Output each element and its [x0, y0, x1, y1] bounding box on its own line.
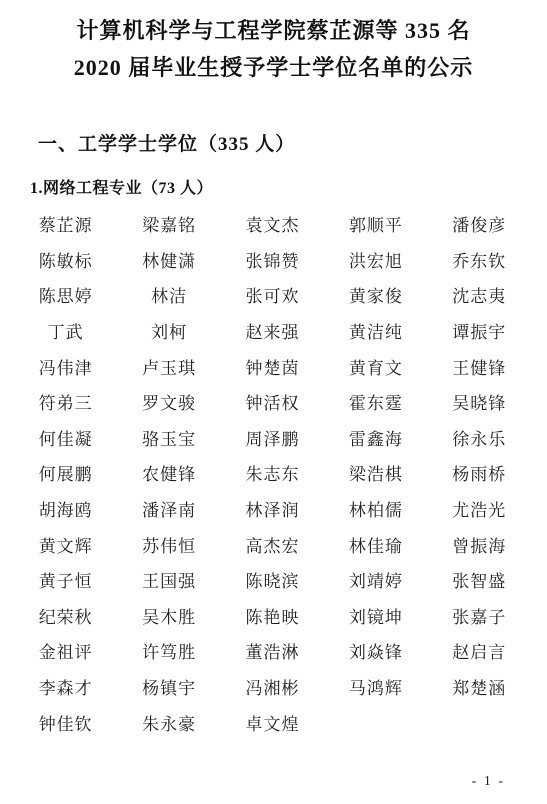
graduate-name: 沈志夷 — [428, 277, 531, 313]
graduate-name: 何展鹏 — [14, 455, 117, 491]
section-heading-engineering-degree: 一、工学学士学位（335 人） — [38, 132, 547, 158]
graduate-name: 陈思婷 — [14, 277, 117, 313]
graduate-name: 王健锋 — [428, 348, 531, 384]
graduate-name: 陈艳映 — [221, 598, 324, 634]
graduate-name: 赵启言 — [428, 633, 531, 669]
graduate-name: 黄育文 — [324, 348, 427, 384]
document-title: 计算机科学与工程学院蔡芷源等 335 名 2020 届毕业生授予学士学位名单的公… — [0, 0, 547, 86]
graduate-name: 徐永乐 — [428, 420, 531, 456]
graduate-name: 张智盛 — [428, 562, 531, 598]
graduate-name: 刘焱锋 — [324, 633, 427, 669]
graduate-name: 郭顺平 — [324, 206, 427, 242]
graduate-name: 高杰宏 — [221, 526, 324, 562]
graduate-name: 黄家俊 — [324, 277, 427, 313]
graduate-name: 霍东霆 — [324, 384, 427, 420]
graduate-name: 周泽鹏 — [221, 420, 324, 456]
graduate-name: 陈敏标 — [14, 242, 117, 278]
graduate-name: 钟楚茵 — [221, 348, 324, 384]
graduate-name: 纪荣秋 — [14, 598, 117, 634]
graduate-name: 钟活权 — [221, 384, 324, 420]
graduate-name: 杨雨桥 — [428, 455, 531, 491]
graduate-name: 冯伟津 — [14, 348, 117, 384]
graduate-name: 黄文辉 — [14, 526, 117, 562]
page-number: - 1 - — [472, 774, 505, 790]
graduate-name: 尤浩光 — [428, 491, 531, 527]
graduate-name: 雷鑫海 — [324, 420, 427, 456]
graduate-name: 林泽润 — [221, 491, 324, 527]
graduate-name: 潘俊彦 — [428, 206, 531, 242]
graduate-name: 丁武 — [14, 313, 117, 349]
graduate-name: 乔东钦 — [428, 242, 531, 278]
graduate-name: 陈晓滨 — [221, 562, 324, 598]
graduate-name: 郑楚涵 — [428, 669, 531, 705]
graduate-name: 何佳凝 — [14, 420, 117, 456]
graduate-name: 黄洁纯 — [324, 313, 427, 349]
graduate-name: 杨镇宇 — [117, 669, 220, 705]
graduate-name: 洪宏旭 — [324, 242, 427, 278]
graduate-name: 罗文骏 — [117, 384, 220, 420]
graduate-name: 袁文杰 — [221, 206, 324, 242]
graduate-name: 梁嘉铭 — [117, 206, 220, 242]
graduate-name: 吴晓锋 — [428, 384, 531, 420]
document-page: 计算机科学与工程学院蔡芷源等 335 名 2020 届毕业生授予学士学位名单的公… — [0, 0, 547, 804]
graduate-name: 刘柯 — [117, 313, 220, 349]
graduate-name: 曾振海 — [428, 526, 531, 562]
graduate-name: 蔡芷源 — [14, 206, 117, 242]
graduate-name: 李森才 — [14, 669, 117, 705]
graduate-name: 林洁 — [117, 277, 220, 313]
graduate-name: 黄子恒 — [14, 562, 117, 598]
graduate-name: 马鸿辉 — [324, 669, 427, 705]
graduate-name: 金祖评 — [14, 633, 117, 669]
graduate-name: 张可欢 — [221, 277, 324, 313]
graduate-name: 赵来强 — [221, 313, 324, 349]
graduate-name: 冯湘彬 — [221, 669, 324, 705]
graduate-name: 许笃胜 — [117, 633, 220, 669]
graduate-name: 吴木胜 — [117, 598, 220, 634]
graduate-name: 张嘉子 — [428, 598, 531, 634]
graduate-name: 钟佳钦 — [14, 704, 117, 740]
graduate-name-table: 蔡芷源梁嘉铭袁文杰郭顺平潘俊彦陈敏标林健潇张锦赞洪宏旭乔东钦陈思婷林洁张可欢黄家… — [0, 206, 547, 740]
graduate-name: 林柏儒 — [324, 491, 427, 527]
graduate-name: 刘靖婷 — [324, 562, 427, 598]
graduate-name: 林佳瑜 — [324, 526, 427, 562]
graduate-name: 王国强 — [117, 562, 220, 598]
graduate-name: 符弟三 — [14, 384, 117, 420]
graduate-name: 农健锋 — [117, 455, 220, 491]
graduate-name: 卓文煌 — [221, 704, 324, 740]
graduate-name: 朱志东 — [221, 455, 324, 491]
graduate-name: 林健潇 — [117, 242, 220, 278]
graduate-name: 谭振宇 — [428, 313, 531, 349]
graduate-name: 骆玉宝 — [117, 420, 220, 456]
graduate-name: 张锦赞 — [221, 242, 324, 278]
document-title-line2: 2020 届毕业生授予学士学位名单的公示 — [0, 49, 547, 86]
graduate-name: 朱永豪 — [117, 704, 220, 740]
graduate-name: 胡海鸥 — [14, 491, 117, 527]
document-title-line1: 计算机科学与工程学院蔡芷源等 335 名 — [0, 12, 547, 49]
graduate-name: 刘镜坤 — [324, 598, 427, 634]
graduate-name: 潘泽南 — [117, 491, 220, 527]
graduate-name: 梁浩棋 — [324, 455, 427, 491]
subsection-heading-network-engineering: 1.网络工程专业（73 人） — [30, 178, 547, 200]
graduate-name: 董浩淋 — [221, 633, 324, 669]
graduate-name: 苏伟恒 — [117, 526, 220, 562]
graduate-name: 卢玉琪 — [117, 348, 220, 384]
